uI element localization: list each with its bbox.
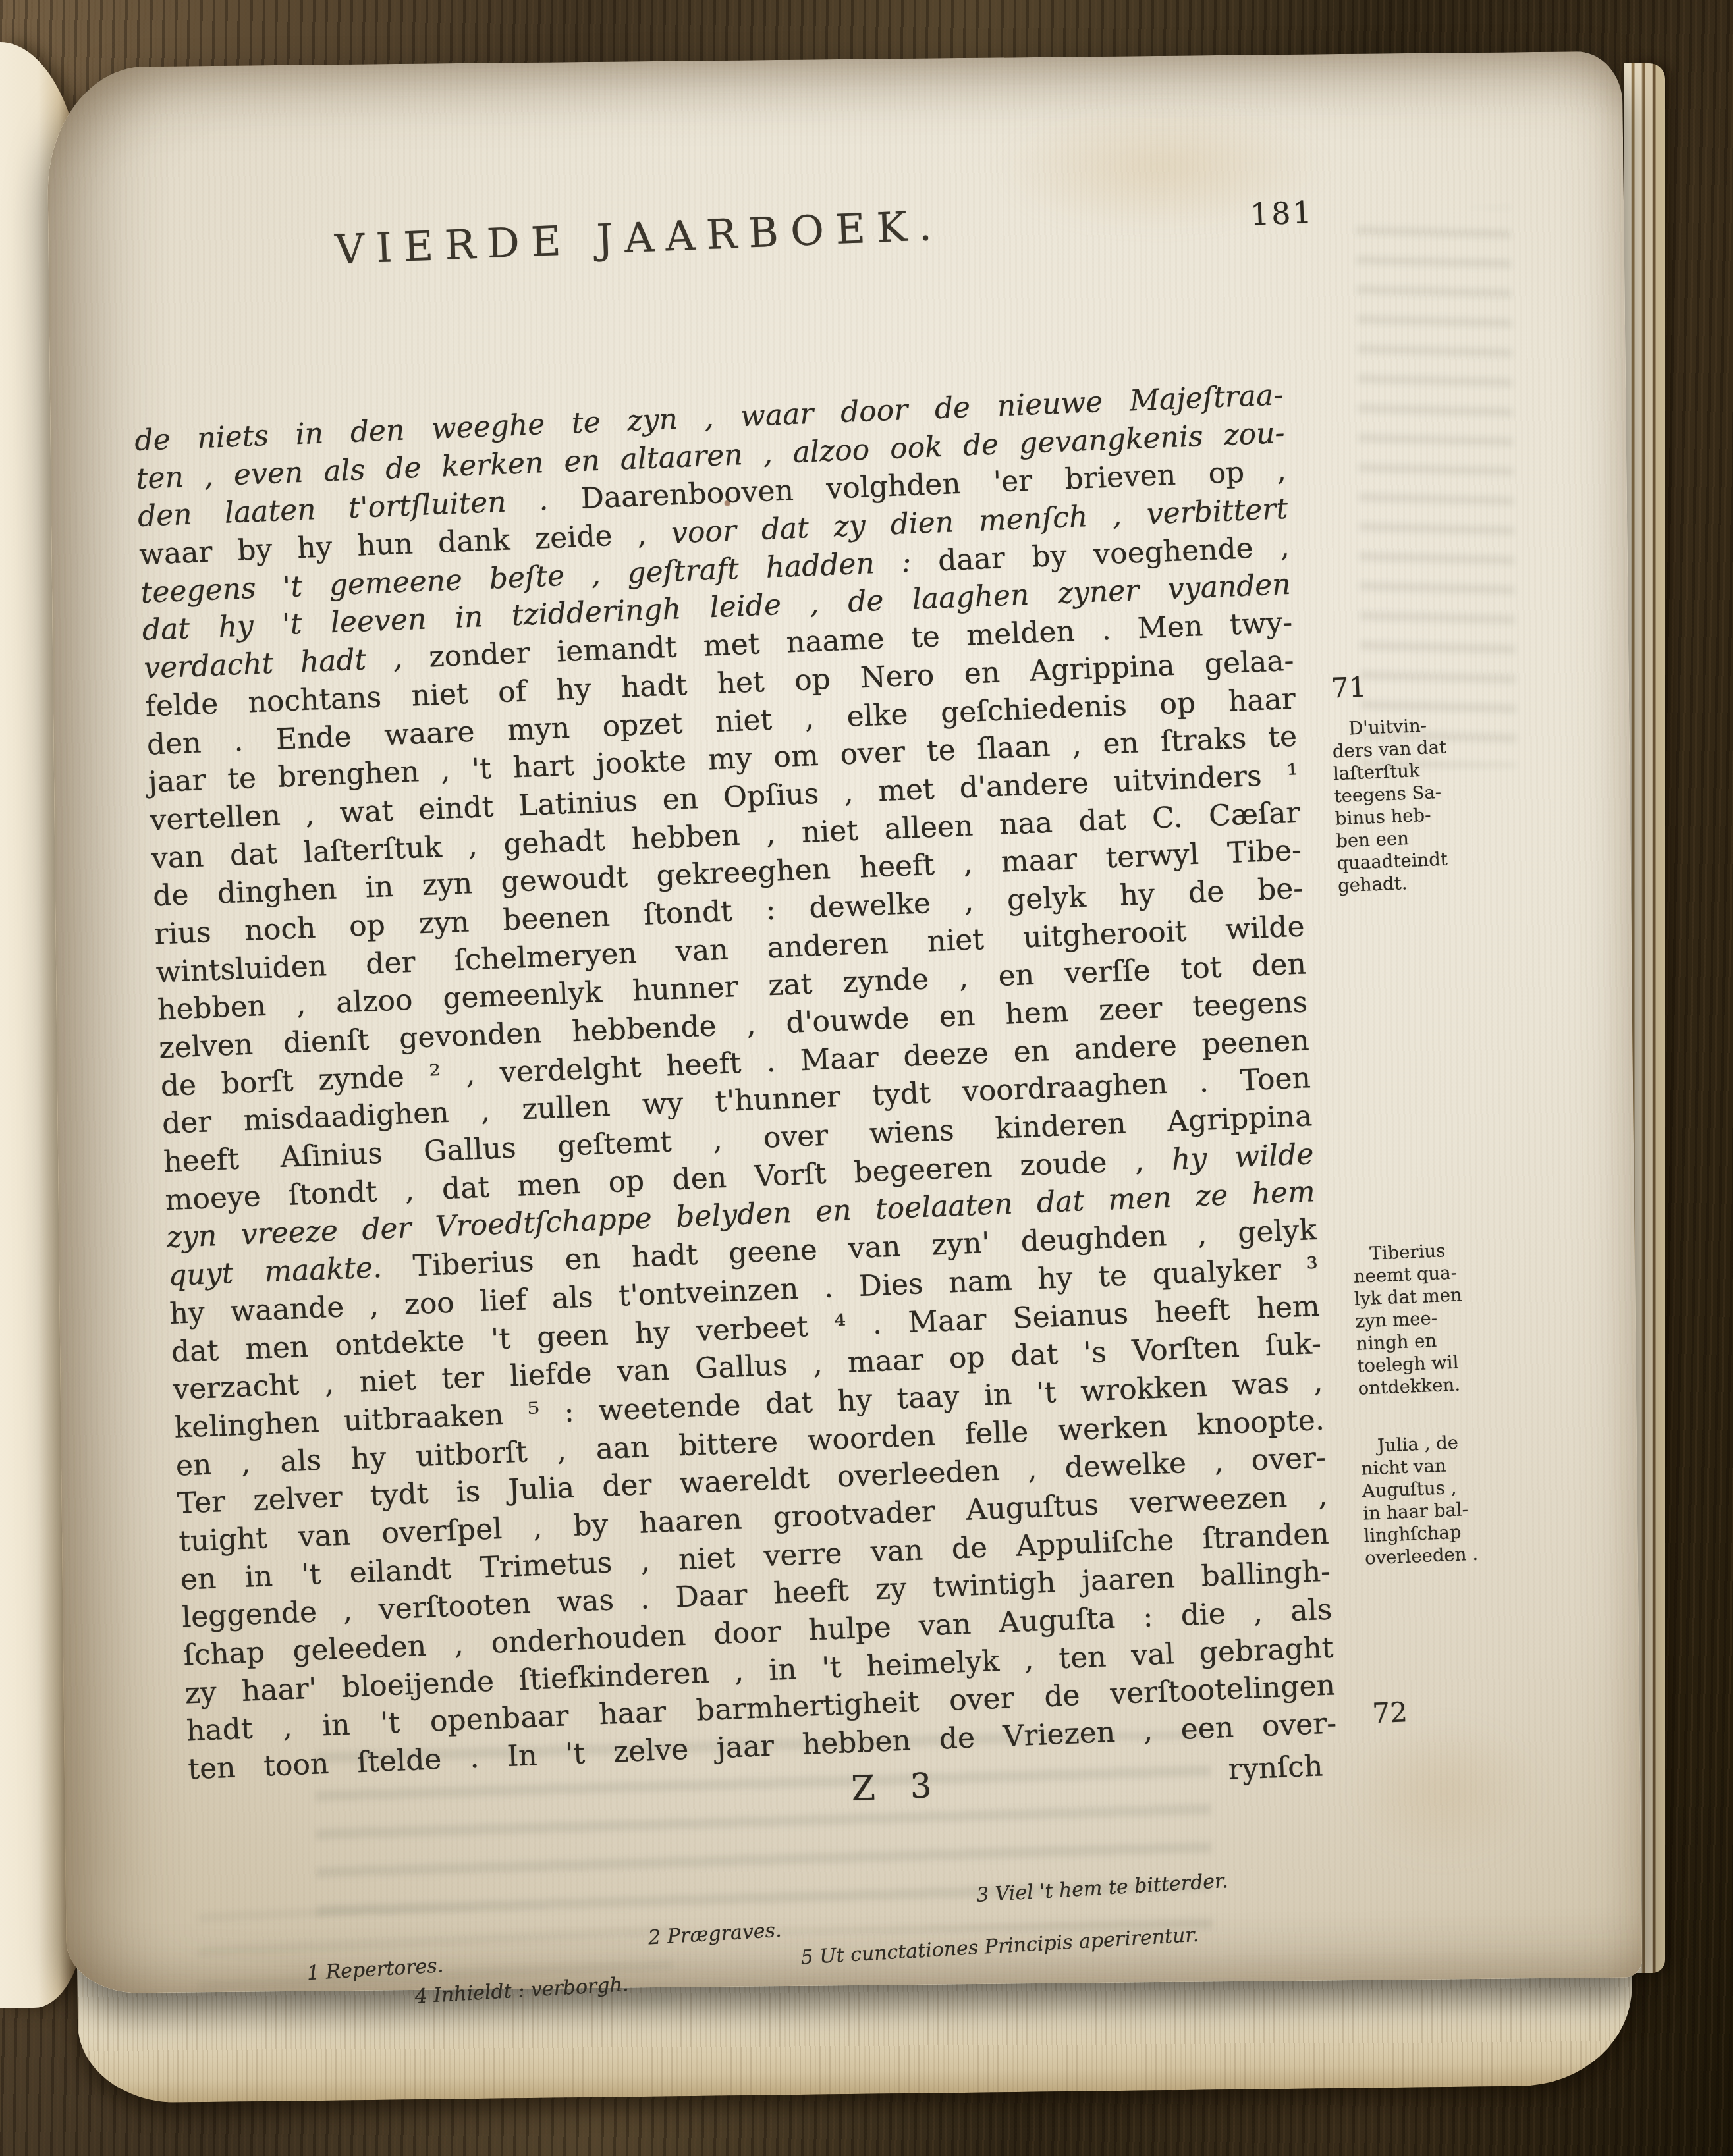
text-block: VIERDE JAARBOEK. 181 de niets in den wee… <box>126 169 1601 2041</box>
body-line-segment: quyt maakte. <box>167 1249 414 1293</box>
margin-section-number-71: 71 <box>1331 664 1529 704</box>
margin-section-number-72: 72 <box>1372 1689 1571 1729</box>
margin-note: D'uitvin-ders van datlaſterſtukteegens S… <box>1331 710 1536 897</box>
body-line-segment: hy wilde <box>1171 1137 1314 1177</box>
catchword: rynſch <box>1228 1749 1323 1787</box>
footnote: 2 Prægraves. <box>647 1919 782 1950</box>
page-number: 181 <box>1250 194 1314 232</box>
photo-of-open-book: VIERDE JAARBOEK. 181 de niets in den wee… <box>0 0 1733 2156</box>
book-page: VIERDE JAARBOEK. 181 de niets in den wee… <box>47 51 1642 1994</box>
margin-note: Tiberiusneemt qua-lyk dat menzyn mee-nin… <box>1352 1235 1556 1400</box>
page-header: VIERDE JAARBOEK. <box>126 188 1277 282</box>
footnote: 3 Viel 't hem te bitterder. <box>976 1870 1228 1907</box>
page-title: VIERDE JAARBOEK. <box>334 202 944 274</box>
footnote: 5 Ut cunctationes Principis aperirentur. <box>800 1924 1199 1970</box>
footnote: 4 Inhieldt : verborgh. <box>414 1973 630 2008</box>
body-text: de niets in den weeghe te zyn , waar doo… <box>134 376 1337 1789</box>
margin-note: Julia , denicht vanAuguſtus ,in haar bal… <box>1360 1428 1563 1570</box>
footnote: 1 Repertores. <box>306 1954 444 1985</box>
signature-mark: Z 3 <box>850 1765 945 1809</box>
